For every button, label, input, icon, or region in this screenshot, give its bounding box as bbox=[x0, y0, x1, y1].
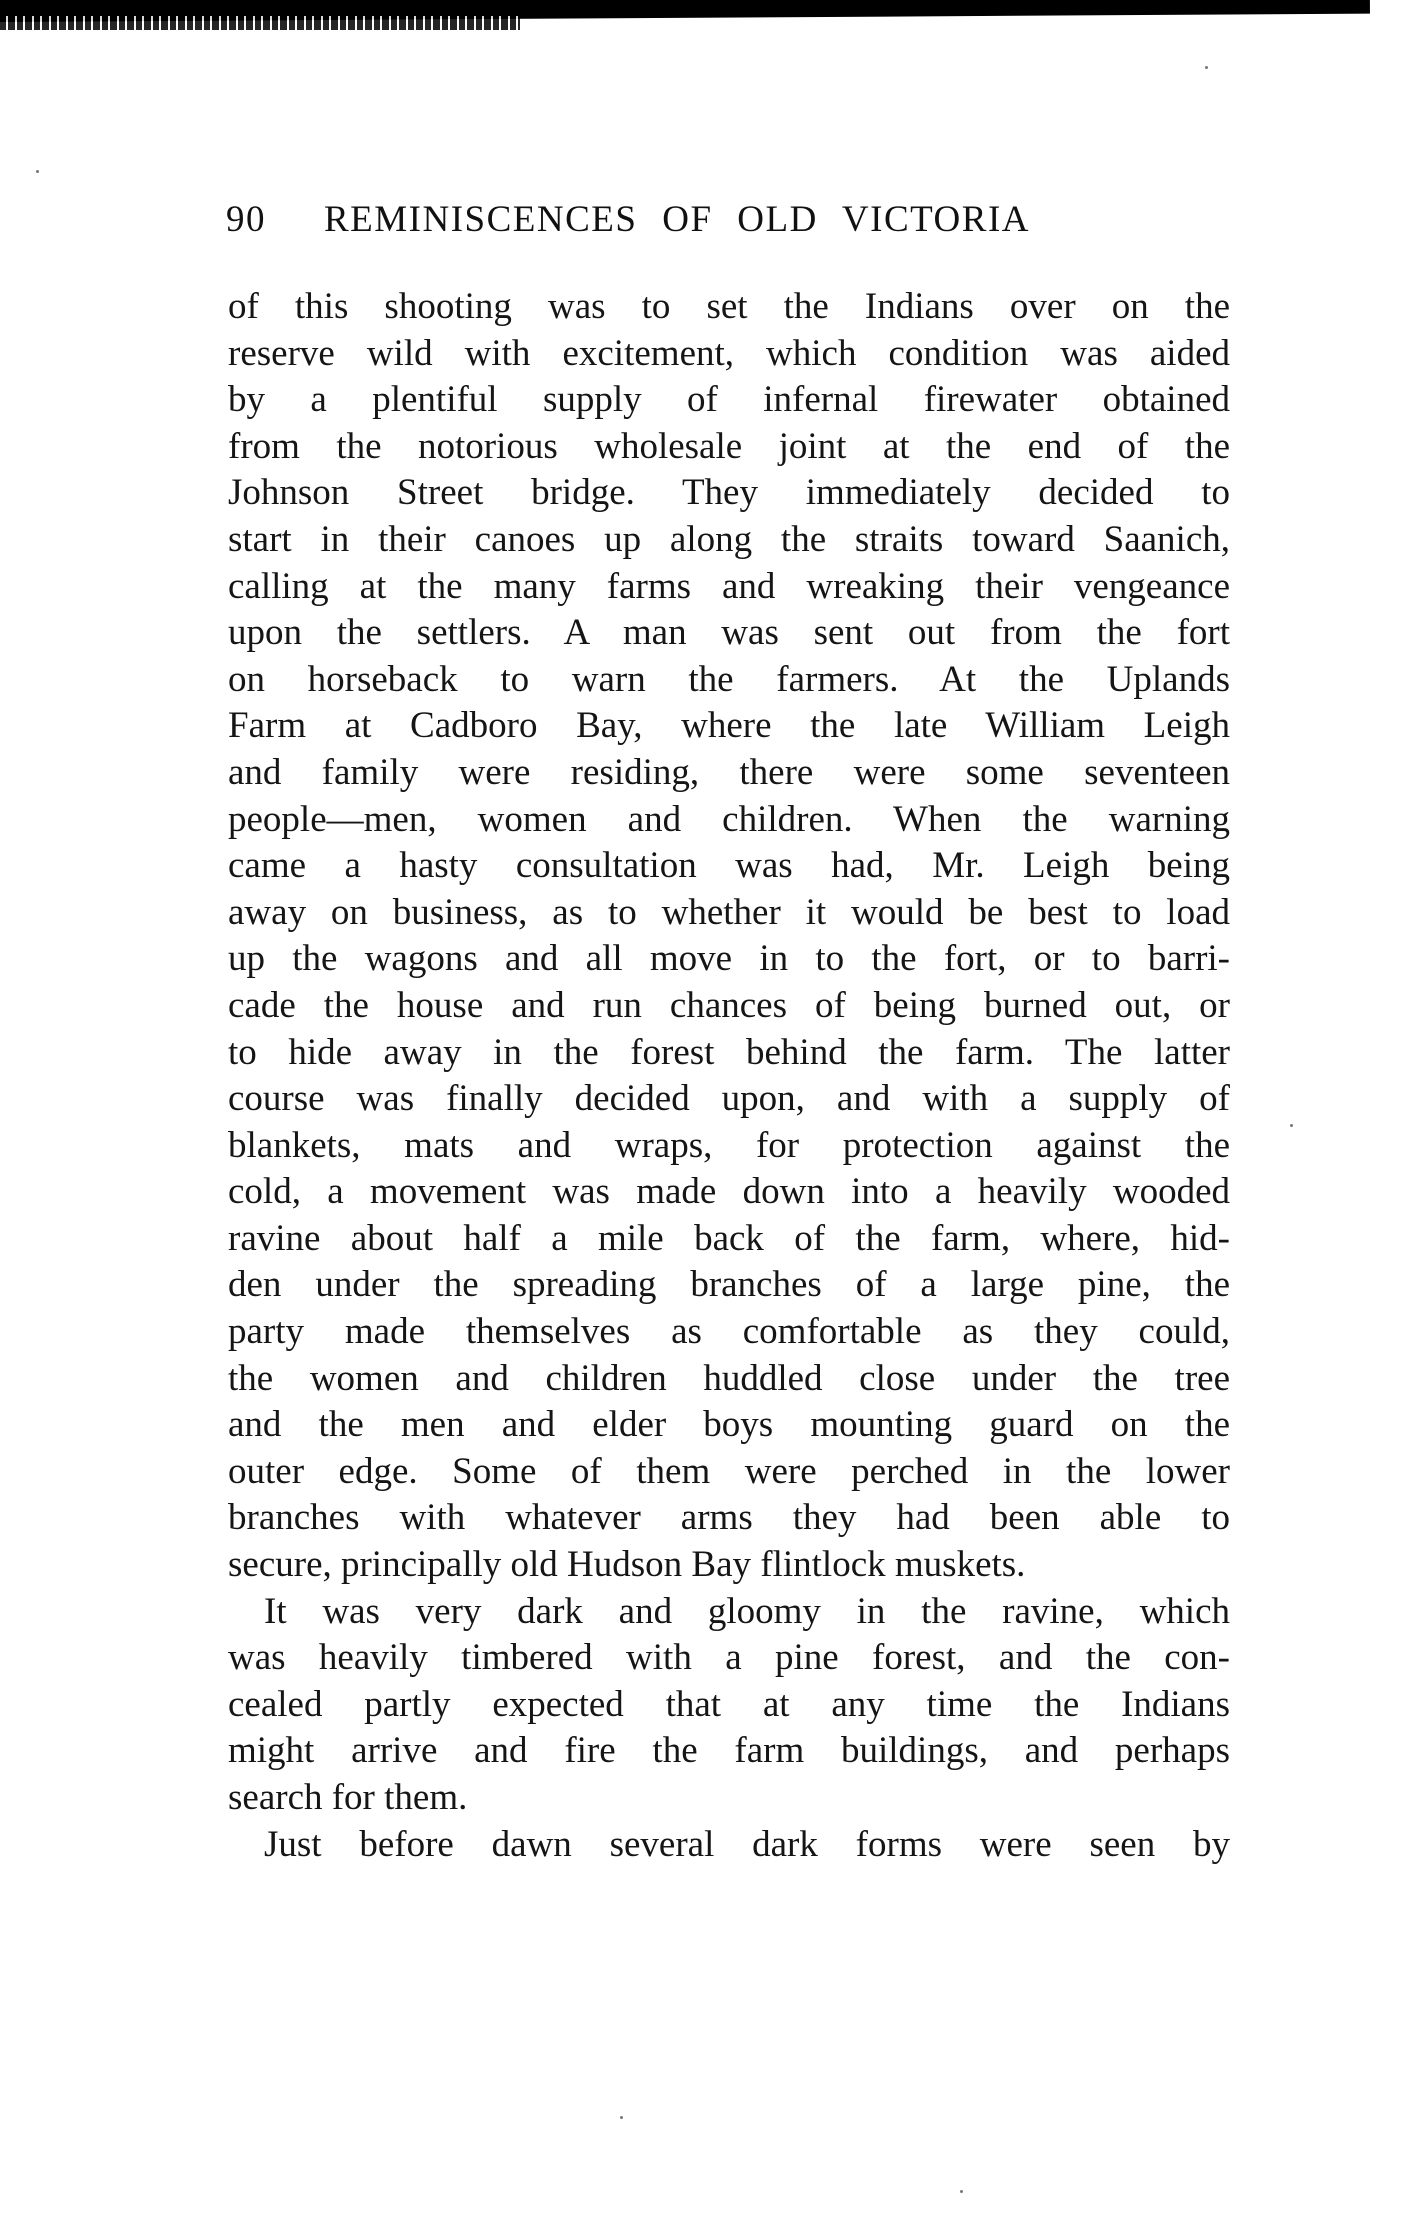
text-line: might arrive and fire the farm buildings… bbox=[228, 1728, 1230, 1775]
text-line: ravine about half a mile back of the far… bbox=[228, 1216, 1230, 1263]
text-line: by a plentiful supply of infernal firewa… bbox=[228, 377, 1230, 424]
page-number: 90 bbox=[226, 198, 324, 241]
text-line: cealed partly expected that at any time … bbox=[228, 1682, 1230, 1729]
text-line: course was finally decided upon, and wit… bbox=[228, 1076, 1230, 1123]
text-line: and family were residing, there were som… bbox=[228, 750, 1230, 797]
paragraph-1: of this shooting was to set the Indians … bbox=[228, 284, 1230, 1589]
scan-speck bbox=[620, 2116, 623, 2119]
running-header: 90 REMINISCENCES OF OLD VICTORIA bbox=[226, 198, 1230, 248]
running-title: REMINISCENCES OF OLD VICTORIA bbox=[324, 198, 1030, 241]
scan-speck bbox=[1290, 1124, 1293, 1127]
text-line: It was very dark and gloomy in the ravin… bbox=[228, 1589, 1230, 1636]
text-line: away on business, as to whether it would… bbox=[228, 890, 1230, 937]
text-line: to hide away in the forest behind the fa… bbox=[228, 1030, 1230, 1077]
text-line: calling at the many farms and wreaking t… bbox=[228, 564, 1230, 611]
body-text: of this shooting was to set the Indians … bbox=[228, 284, 1230, 1868]
text-line: came a hasty consultation was had, Mr. L… bbox=[228, 843, 1230, 890]
text-line: outer edge. Some of them were perched in… bbox=[228, 1449, 1230, 1496]
text-line: on horseback to warn the farmers. At the… bbox=[228, 657, 1230, 704]
scan-edge-noise bbox=[0, 16, 520, 30]
text-line: from the notorious wholesale joint at th… bbox=[228, 424, 1230, 471]
text-line: secure, principally old Hudson Bay flint… bbox=[228, 1542, 1230, 1589]
paragraph-2: It was very dark and gloomy in the ravin… bbox=[228, 1589, 1230, 1822]
scan-speck bbox=[960, 2190, 963, 2193]
text-line: upon the settlers. A man was sent out fr… bbox=[228, 610, 1230, 657]
text-line: start in their canoes up along the strai… bbox=[228, 517, 1230, 564]
text-line: branches with whatever arms they had bee… bbox=[228, 1495, 1230, 1542]
text-line: was heavily timbered with a pine forest,… bbox=[228, 1635, 1230, 1682]
text-line: party made themselves as comfortable as … bbox=[228, 1309, 1230, 1356]
text-line: reserve wild with excitement, which cond… bbox=[228, 331, 1230, 378]
text-line: Farm at Cadboro Bay, where the late Will… bbox=[228, 703, 1230, 750]
text-line: cade the house and run chances of being … bbox=[228, 983, 1230, 1030]
text-line: den under the spreading branches of a la… bbox=[228, 1262, 1230, 1309]
text-line: the women and children huddled close und… bbox=[228, 1356, 1230, 1403]
text-line: Johnson Street bridge. They immediately … bbox=[228, 470, 1230, 517]
text-line: of this shooting was to set the Indians … bbox=[228, 284, 1230, 331]
text-line: up the wagons and all move in to the for… bbox=[228, 936, 1230, 983]
scan-speck bbox=[1205, 66, 1208, 69]
scan-speck bbox=[36, 170, 39, 173]
paragraph-3: Just before dawn several dark forms were… bbox=[228, 1822, 1230, 1869]
text-line: cold, a movement was made down into a he… bbox=[228, 1169, 1230, 1216]
text-line: Just before dawn several dark forms were… bbox=[228, 1822, 1230, 1869]
text-line: blankets, mats and wraps, for protection… bbox=[228, 1123, 1230, 1170]
text-line: search for them. bbox=[228, 1775, 1230, 1822]
text-line: people—men, women and children. When the… bbox=[228, 797, 1230, 844]
text-line: and the men and elder boys mounting guar… bbox=[228, 1402, 1230, 1449]
